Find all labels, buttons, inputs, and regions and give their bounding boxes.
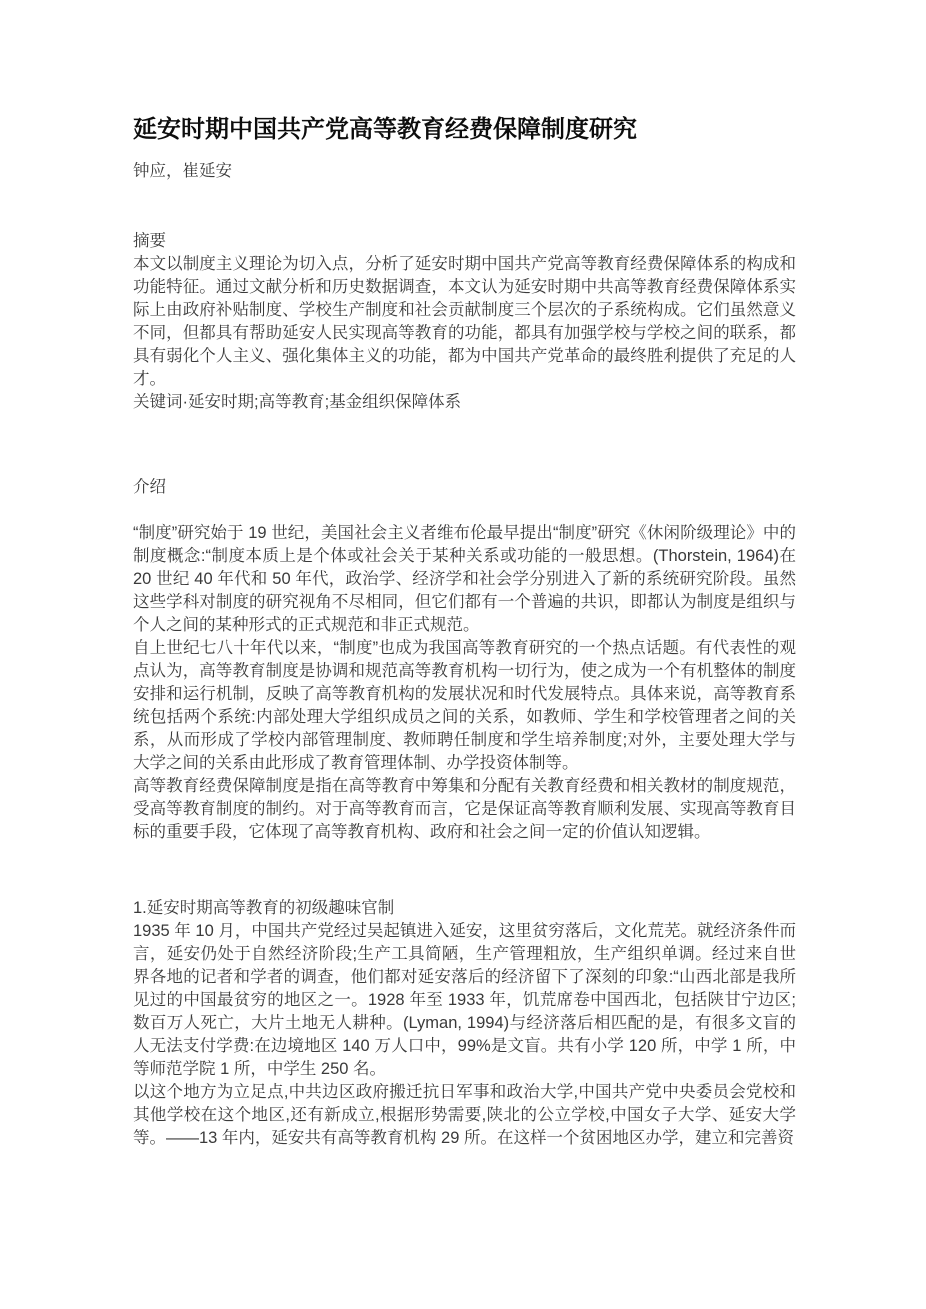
- introduction-paragraph: “制度”研究始于 19 世纪，美国社会主义者维布伦最早提出“制度”研究《休闲阶级…: [133, 522, 796, 637]
- document-page: 延安时期中国共产党高等教育经费保障制度研究 钟应，崔延安 摘要 本文以制度主义理…: [0, 0, 926, 1309]
- abstract-text: 本文以制度主义理论为切入点，分析了延安时期中国共产党高等教育经费保障体系的构成和…: [133, 253, 796, 391]
- section-1-paragraph: 1935 年 10 月，中国共产党经过吴起镇进入延安，这里贫穷落后，文化荒芜。就…: [133, 920, 796, 1081]
- section-1-heading: 1.延安时期高等教育的初级趣味官制: [133, 897, 796, 920]
- paper-authors: 钟应，崔延安: [133, 160, 796, 183]
- abstract-label: 摘要: [133, 230, 796, 253]
- introduction-heading: 介绍: [133, 476, 796, 499]
- keywords-line: 关键词·延安时期;高等教育;基金组织保障体系: [133, 391, 796, 414]
- paper-title: 延安时期中国共产党高等教育经费保障制度研究: [133, 114, 796, 145]
- section-1-paragraph: 以这个地方为立足点,中共边区政府搬迁抗日军事和政治大学,中国共产党中央委员会党校…: [133, 1081, 796, 1150]
- introduction-paragraph: 高等教育经费保障制度是指在高等教育中筹集和分配有关教育经费和相关教材的制度规范，…: [133, 775, 796, 844]
- introduction-paragraph: 自上世纪七八十年代以来，“制度”也成为我国高等教育研究的一个热点话题。有代表性的…: [133, 637, 796, 775]
- document-content: 延安时期中国共产党高等教育经费保障制度研究 钟应，崔延安 摘要 本文以制度主义理…: [133, 114, 796, 1150]
